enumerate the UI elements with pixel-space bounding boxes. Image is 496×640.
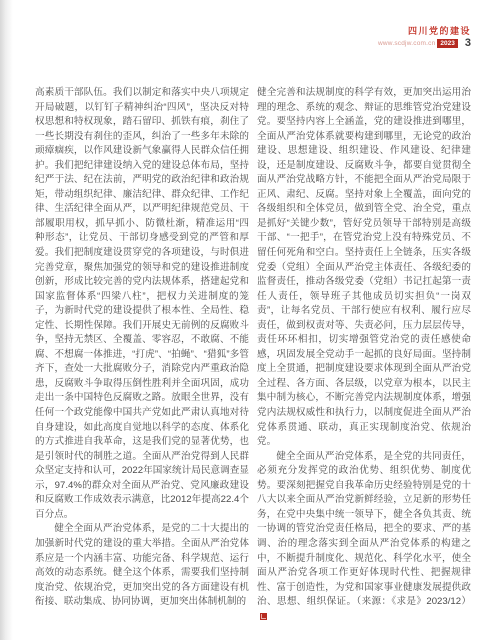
issue-year-badge: 2023 <box>437 39 457 48</box>
page-scan-edge <box>0 0 13 640</box>
source-citation: （来源：《求是》2023/12） <box>356 596 471 607</box>
page-header: 四川党的建设 www.scdjw.com.cn 2023 3 <box>378 26 471 49</box>
page-number: 3 <box>465 38 471 49</box>
article-end-mark-icon <box>260 613 267 620</box>
header-meta-row: www.scdjw.com.cn 2023 3 <box>378 38 471 49</box>
paragraph-continuation: 高素质干部队伍。我们以制定和落实中央八项规定开局破题，以钉钉子精神纠治“四风”，… <box>35 86 249 522</box>
text-column-right: 健全完善和法规制度的科学有效，更加突出运用治理的理念、系统的观念、辩证的思维管党… <box>257 86 471 624</box>
paragraph-two-start: 健全全面从严治党体系，是党的二十大提出的加强新时代党的建设的重大举措。全面从严治… <box>35 522 249 609</box>
magazine-website: www.scdjw.com.cn <box>378 40 435 47</box>
paragraph-three-text: 健全全面从严治党体系，是全党的共同责任，必须充分发挥党的政治优势、组织优势、制度… <box>257 451 471 607</box>
paragraph-three: 健全全面从严治党体系，是全党的共同责任，必须充分发挥党的政治优势、组织优势、制度… <box>257 450 471 625</box>
text-column-left: 高素质干部队伍。我们以制定和落实中央八项规定开局破题，以钉钉子精神纠治“四风”，… <box>35 86 249 610</box>
paragraph-two-end: 健全完善和法规制度的科学有效，更加突出运用治理的理念、系统的观念、辩证的思维管党… <box>257 86 471 450</box>
magazine-title: 四川党的建设 <box>378 26 471 37</box>
